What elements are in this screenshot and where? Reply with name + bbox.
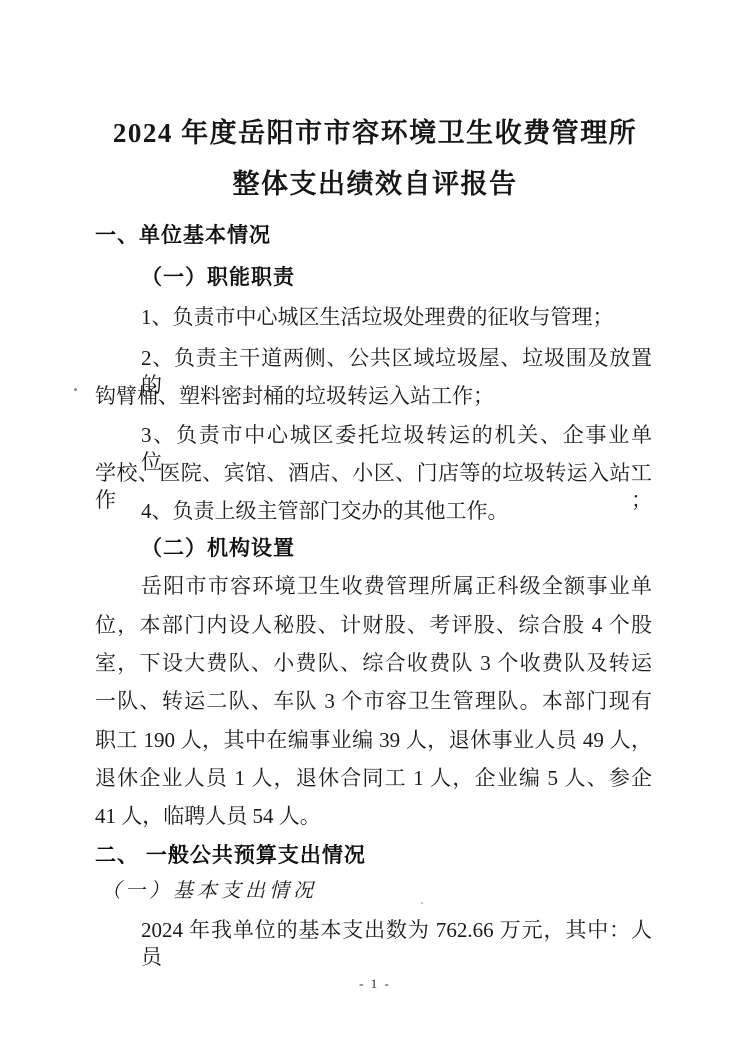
subsection-1-1-heading: （一）职能职责 [95, 264, 652, 291]
scan-speck [421, 902, 423, 904]
org-setup-line-4: 一队、转运二队、车队 3 个市容卫生管理队。本部门现有 [95, 688, 652, 715]
duty-item-1: 1、负责市中心城区生活垃圾处理费的征收与管理； [95, 304, 652, 331]
scan-speck [74, 388, 77, 391]
basic-expenditure-line-1: 2024 年我单位的基本支出数为 762.66 万元，其中：人员 [95, 917, 652, 971]
org-setup-line-3: 室，下设大费队、小费队、综合收费队 3 个收费队及转运 [95, 650, 652, 677]
org-setup-line-1: 岳阳市市容环境卫生收费管理所属正科级全额事业单 [95, 573, 652, 600]
duty-item-2-line-2: 钩臂桶、塑料密封桶的垃圾转运入站工作； [95, 383, 652, 410]
document-page: 2024 年度岳阳市市容环境卫生收费管理所 整体支出绩效自评报告 一、单位基本情… [0, 0, 750, 1058]
section-1-heading: 一、单位基本情况 [95, 222, 652, 249]
subsection-2-1-heading: （一）基本支出情况 [95, 878, 652, 905]
page-number: - 1 - [0, 976, 750, 992]
org-setup-line-7: 41 人，临聘人员 54 人。 [95, 803, 652, 830]
document-body: 一、单位基本情况 （一）职能职责 1、负责市中心城区生活垃圾处理费的征收与管理；… [95, 0, 652, 1058]
section-2-heading: 二、 一般公共预算支出情况 [95, 842, 652, 869]
org-setup-line-5: 职工 190 人，其中在编事业编 39 人，退休事业人员 49 人， [95, 727, 652, 754]
org-setup-line-6: 退休企业人员 1 人，退休合同工 1 人，企业编 5 人、参企 [95, 765, 652, 792]
subsection-1-2-heading: （二）机构设置 [95, 535, 652, 562]
org-setup-line-2: 位，本部门内设人秘股、计财股、考评股、综合股 4 个股 [95, 612, 652, 639]
duty-item-4: 4、负责上级主管部门交办的其他工作。 [95, 498, 652, 525]
